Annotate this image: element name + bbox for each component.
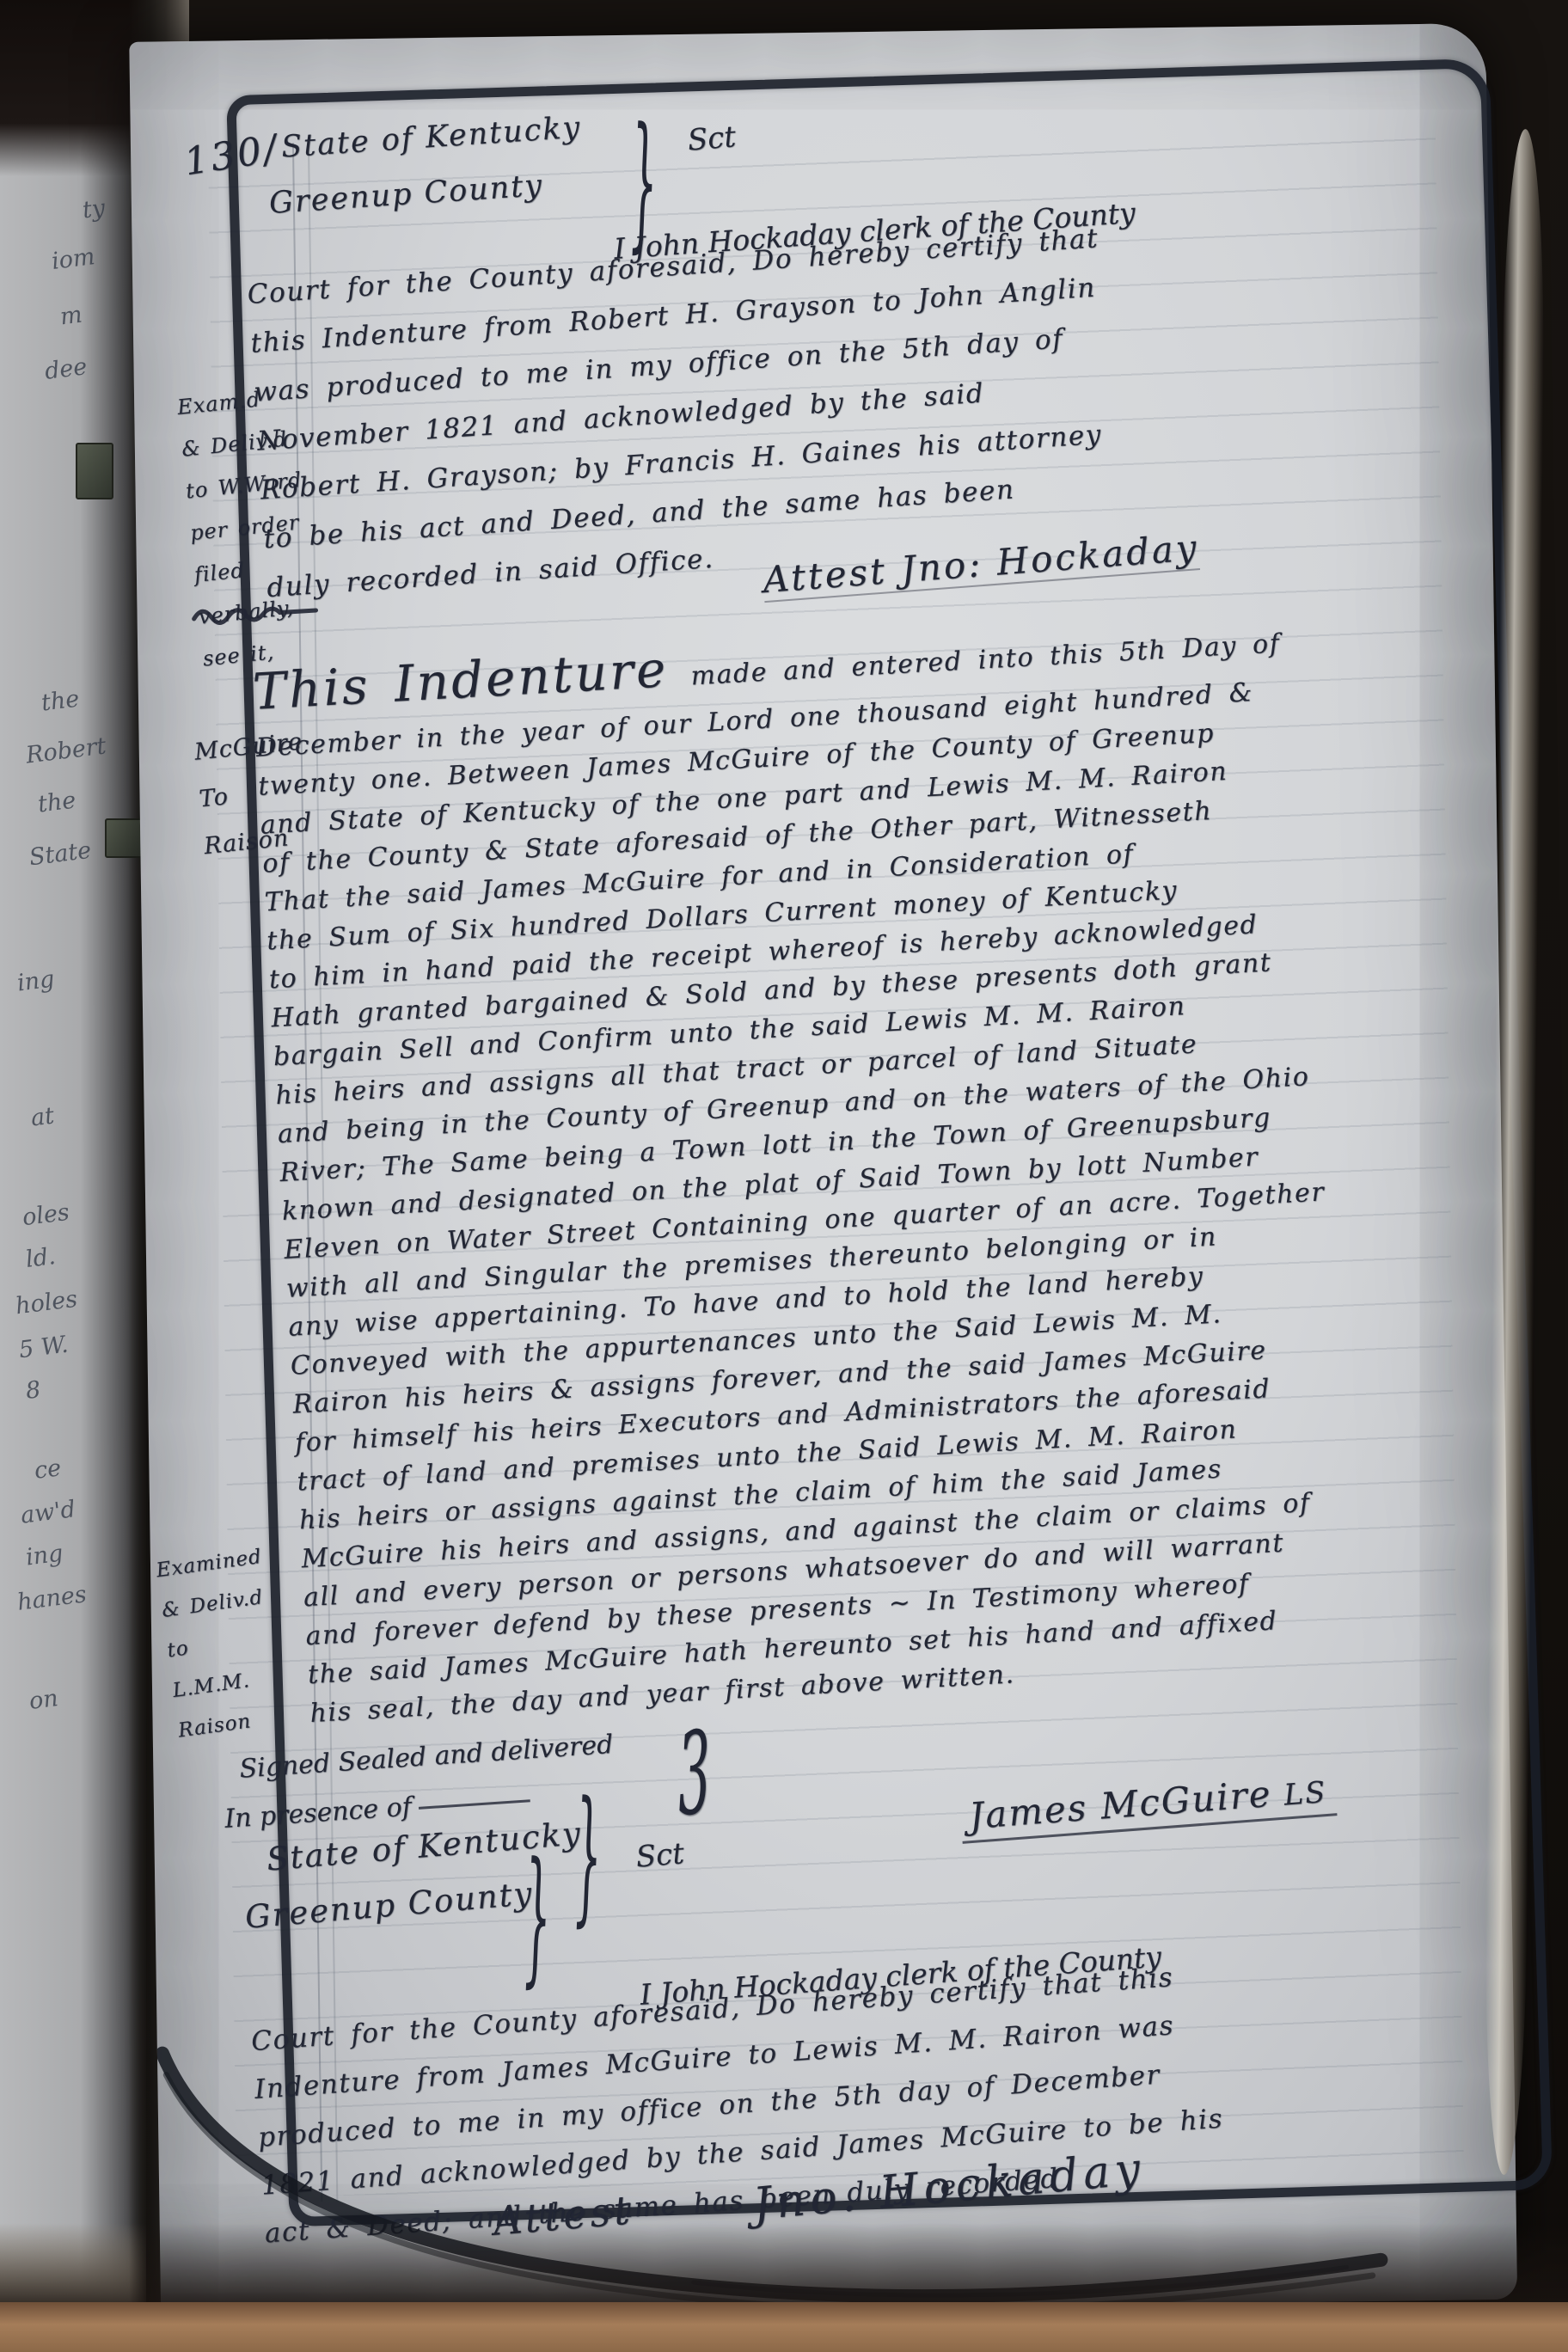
- left-page-fragment: oles: [21, 1199, 70, 1231]
- left-page-fragment: ld.: [24, 1243, 57, 1273]
- squiggle-separator: [190, 600, 319, 631]
- seal-mark: LS: [1283, 1775, 1328, 1813]
- left-page-fragment: ing: [24, 1540, 64, 1571]
- deed-book-page: 130/ State of Kentucky Greenup County } …: [129, 23, 1517, 2318]
- heading2-brace: }: [573, 1771, 603, 1941]
- deed-book-photo: ty iom m dee the Robert the State ing at…: [0, 0, 1568, 2352]
- margin-note-3: Examined & Deliv.d to L.M.M. Raison: [154, 1537, 287, 1752]
- closing-brace-flourish: 3: [676, 1707, 713, 1842]
- left-page-fragment: at: [29, 1102, 56, 1131]
- left-page-fragment: ing: [15, 965, 56, 996]
- left-page-fragment: ce: [33, 1455, 63, 1485]
- table-surface: [0, 2302, 1568, 2352]
- left-page-fragment: aw'd: [19, 1496, 77, 1529]
- presence-blank-line: [419, 1799, 530, 1810]
- heading1-sct: Sct: [686, 119, 737, 158]
- left-page-fragment: iom: [50, 243, 96, 275]
- left-page-fragment: m: [58, 302, 83, 331]
- left-page-fragment: the: [36, 787, 77, 818]
- left-page-fragment: 8: [24, 1376, 42, 1405]
- left-page-fragment: Robert: [24, 732, 107, 769]
- left-page-fragment: ty: [81, 195, 107, 224]
- left-page-fragment: State: [28, 837, 93, 872]
- heading2-brace: }: [522, 1832, 552, 2002]
- previous-page-edge: ty iom m dee the Robert the State ing at…: [0, 0, 146, 2352]
- left-page-fragment: the: [40, 685, 81, 716]
- left-page-fragment: on: [28, 1685, 59, 1715]
- left-page-fragment: 5 W.: [17, 1332, 70, 1364]
- deed-paragraph: This Indenturemade and entered into this…: [251, 597, 1504, 1733]
- heading2-sct: Sct: [634, 1836, 685, 1875]
- binding-clasp: [76, 443, 113, 499]
- left-page-fragment: hanes: [15, 1581, 88, 1616]
- book-cover-top: [0, 0, 146, 176]
- left-page-fragment: dee: [43, 353, 89, 385]
- left-page-fragment: holes: [14, 1286, 78, 1320]
